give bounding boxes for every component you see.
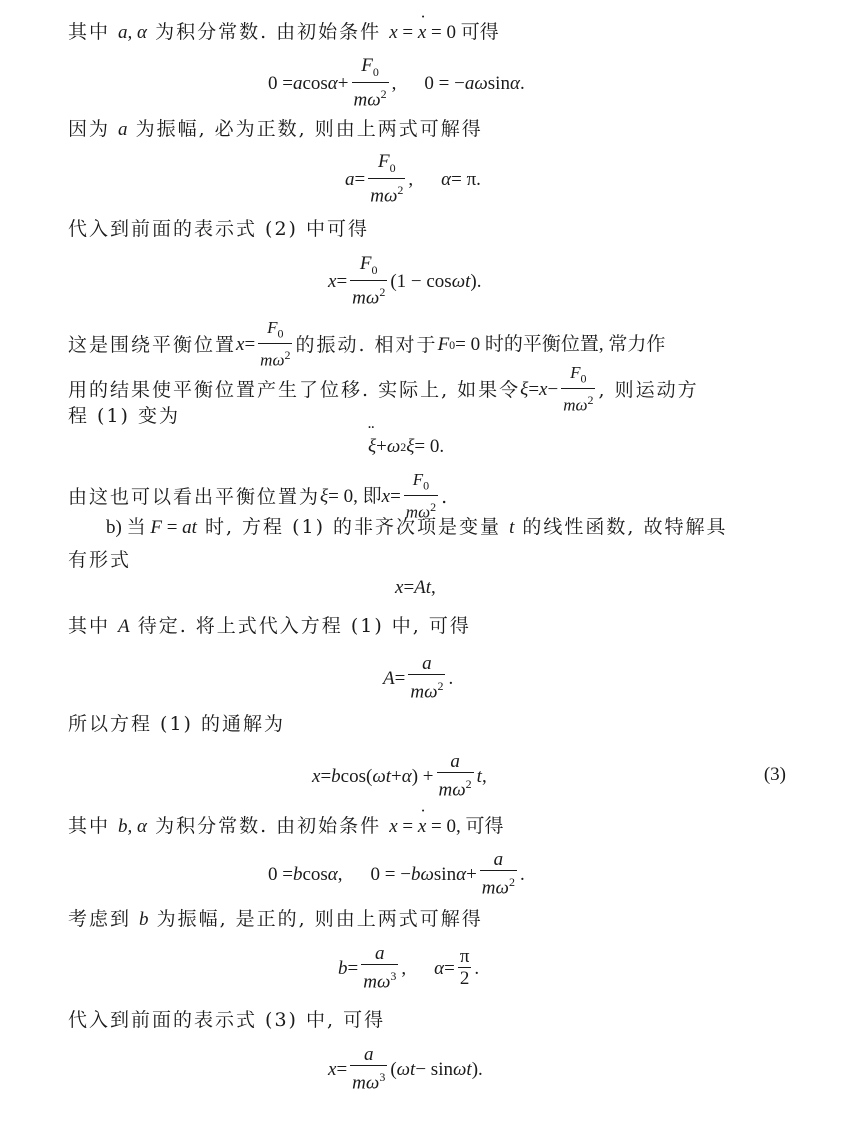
paragraph-11: 代入到前面的表示式 (3) 中, 可得 [68, 1008, 385, 1032]
math: = [348, 958, 359, 980]
math: x [389, 816, 397, 837]
math: = [244, 333, 255, 357]
math: cos [302, 864, 327, 886]
math: , [338, 864, 343, 886]
math: ξ [406, 436, 414, 458]
math: a, α [118, 22, 147, 43]
paragraph-6-line-1: b) 当 F = at 时, 方程 (1) 的非齐次项是变量 t 的线性函数, … [106, 515, 728, 540]
math: α [328, 864, 338, 886]
paragraph-4-line-3: 程 (1) 变为 [68, 404, 180, 428]
paragraph-6-line-2: 有形式 [68, 548, 131, 572]
math: sin [434, 864, 456, 886]
fraction: amω2 [437, 752, 474, 801]
math: x [312, 766, 320, 788]
equation-7: x = b cos(ωt + α) + amω2 t, [312, 752, 487, 801]
math: = [336, 271, 347, 293]
math: bω [411, 864, 434, 886]
math: α [434, 958, 444, 980]
math: x [418, 21, 426, 45]
math: (1 − cos [390, 271, 451, 293]
text: 的振动. 相对于 [295, 333, 437, 357]
math: = [336, 1059, 347, 1081]
math: ) + [412, 766, 434, 788]
math: F [150, 517, 162, 538]
math: ωt [452, 271, 471, 293]
text: 有形式 [68, 549, 131, 571]
math: = [444, 958, 455, 980]
math: x [395, 577, 403, 599]
equation-10: x = amω3 (ωt − sin ωt). [328, 1045, 483, 1094]
math: α [510, 73, 520, 95]
math: x [389, 22, 397, 43]
math: , [408, 169, 413, 191]
math: x [236, 333, 244, 357]
math: = [528, 378, 539, 402]
paragraph-10: 考虑到 b 为振幅, 是正的, 则由上两式可解得 [68, 907, 483, 932]
math: = [403, 577, 414, 599]
text: = 0, 即 [328, 485, 381, 509]
math: ωt [397, 1059, 416, 1081]
math: ω [387, 436, 400, 458]
math: b [139, 909, 149, 930]
fraction: F0mω2 [561, 363, 595, 417]
text: , 则运动方 [598, 378, 698, 402]
fraction: π2 [458, 947, 472, 990]
math: − sin [415, 1059, 453, 1081]
paragraph-2: 因为 a 为振幅, 必为正数, 则由上两式可解得 [68, 117, 483, 142]
math: . [520, 864, 525, 886]
math: = [390, 485, 401, 509]
math: x [328, 271, 336, 293]
math: , [392, 73, 397, 95]
math: b [331, 766, 341, 788]
fraction: amω3 [361, 944, 398, 993]
math: aω [465, 73, 488, 95]
math: A [383, 668, 395, 690]
math: ξ [320, 485, 328, 509]
text: 所以方程 (1) 的通解为 [68, 713, 285, 735]
text: 这是围绕平衡位置 [68, 333, 236, 357]
math: cos( [341, 766, 373, 788]
text: 程 (1) 变为 [68, 405, 180, 427]
text: 其中 [68, 815, 118, 837]
math: = [162, 517, 182, 538]
text: 时, 方程 (1) 的非齐次项是变量 [197, 516, 509, 538]
math: , [401, 958, 406, 980]
paragraph-1: 其中 a, α 为积分常数. 由初始条件 x = x = 0 可得 [68, 20, 499, 45]
math: A [118, 616, 130, 637]
math: x [328, 1059, 336, 1081]
math: . [474, 958, 479, 980]
equation-8: 0 = b cos α, 0 = −bω sin α + amω2 . [268, 850, 525, 899]
math: , [482, 766, 487, 788]
paragraph-3: 代入到前面的表示式 (2) 中可得 [68, 217, 369, 241]
math: α [402, 766, 412, 788]
math: − [547, 378, 558, 402]
fraction: amω2 [408, 654, 445, 703]
text: 代入到前面的表示式 (2) 中可得 [68, 218, 369, 240]
text: 为振幅, 是正的, 则由上两式可解得 [149, 908, 483, 930]
text: = 0 可得 [426, 22, 498, 43]
math: α [328, 73, 338, 95]
math: a [345, 169, 355, 191]
math: b, α [118, 816, 147, 837]
math: ξ [520, 378, 528, 402]
math: x [539, 378, 547, 402]
text: 为振幅, 必为正数, 则由上两式可解得 [128, 118, 483, 140]
math: = [398, 816, 418, 837]
equation-3: x = F0mω2 (1 − cos ωt). [328, 254, 481, 309]
math: a [118, 119, 128, 140]
math: + [376, 436, 387, 458]
math: = [398, 22, 418, 43]
math: x [382, 485, 390, 509]
math: , [431, 577, 436, 599]
math: = 0. [414, 436, 444, 458]
math: = [320, 766, 331, 788]
math: = [395, 668, 406, 690]
text: 的线性函数, 故特解具 [514, 516, 727, 538]
text: 为积分常数. 由初始条件 [147, 21, 389, 43]
text: 代入到前面的表示式 (3) 中, 可得 [68, 1009, 385, 1031]
math: ωt [453, 1059, 472, 1081]
equation-5: x = At, [395, 577, 436, 599]
text: 由这也可以看出平衡位置为 [68, 485, 320, 509]
paragraph-9: 其中 b, α 为积分常数. 由初始条件 x = x = 0, 可得 [68, 814, 504, 839]
text: 其中 [68, 615, 118, 637]
fraction: F0mω2 [350, 254, 387, 309]
math: 0 = − [371, 864, 411, 886]
text: . [441, 485, 449, 509]
math: at [182, 517, 197, 538]
math: b [293, 864, 303, 886]
math: + [338, 73, 349, 95]
text: = 0 时的平衡位置, 常力作 [455, 333, 665, 357]
math: = [355, 169, 366, 191]
math: 0 = [268, 73, 293, 95]
equation-1: 0 = a cos α + F0mω2 , 0 = −aω sin α. [268, 56, 525, 111]
text: 因为 [68, 118, 118, 140]
math: F [438, 333, 450, 357]
text: b) 当 [106, 517, 150, 538]
math: At [414, 577, 431, 599]
math: = π. [451, 169, 481, 191]
equation-number: (3) [764, 764, 786, 786]
math: 0 = [268, 864, 293, 886]
math: α [456, 864, 466, 886]
text: 待定. 将上式代入方程 (1) 中, 可得 [130, 615, 471, 637]
text: 考虑到 [68, 908, 139, 930]
math: . [448, 668, 453, 690]
math: cos [302, 73, 327, 95]
math: sin [488, 73, 510, 95]
fraction: F0mω2 [368, 152, 405, 207]
math: + [391, 766, 402, 788]
fraction: amω3 [350, 1045, 387, 1094]
equation-4: ξ + ω2ξ = 0. [368, 436, 444, 458]
paragraph-8: 所以方程 (1) 的通解为 [68, 712, 285, 736]
math: + [466, 864, 477, 886]
paragraph-7: 其中 A 待定. 将上式代入方程 (1) 中, 可得 [68, 614, 471, 639]
math: ). [472, 1059, 483, 1081]
math: ξ [368, 436, 376, 458]
equation-2: a = F0mω2 , α = π. [345, 152, 481, 207]
math: x [418, 815, 426, 839]
math: . [520, 73, 525, 95]
math: b [338, 958, 348, 980]
math: 0 = − [424, 73, 464, 95]
math: a [293, 73, 303, 95]
text: = 0, 可得 [426, 816, 503, 837]
equation-9: b = amω3 , α = π2 . [338, 944, 479, 993]
text: 为积分常数. 由初始条件 [147, 815, 389, 837]
math: ). [470, 271, 481, 293]
equation-6: A = amω2 . [383, 654, 453, 703]
math: α [441, 169, 451, 191]
text: 其中 [68, 21, 118, 43]
fraction: amω2 [480, 850, 517, 899]
math: ωt [372, 766, 391, 788]
text: 用的结果使平衡位置产生了位移. 实际上, 如果令 [68, 378, 520, 402]
fraction: F0mω2 [352, 56, 389, 111]
